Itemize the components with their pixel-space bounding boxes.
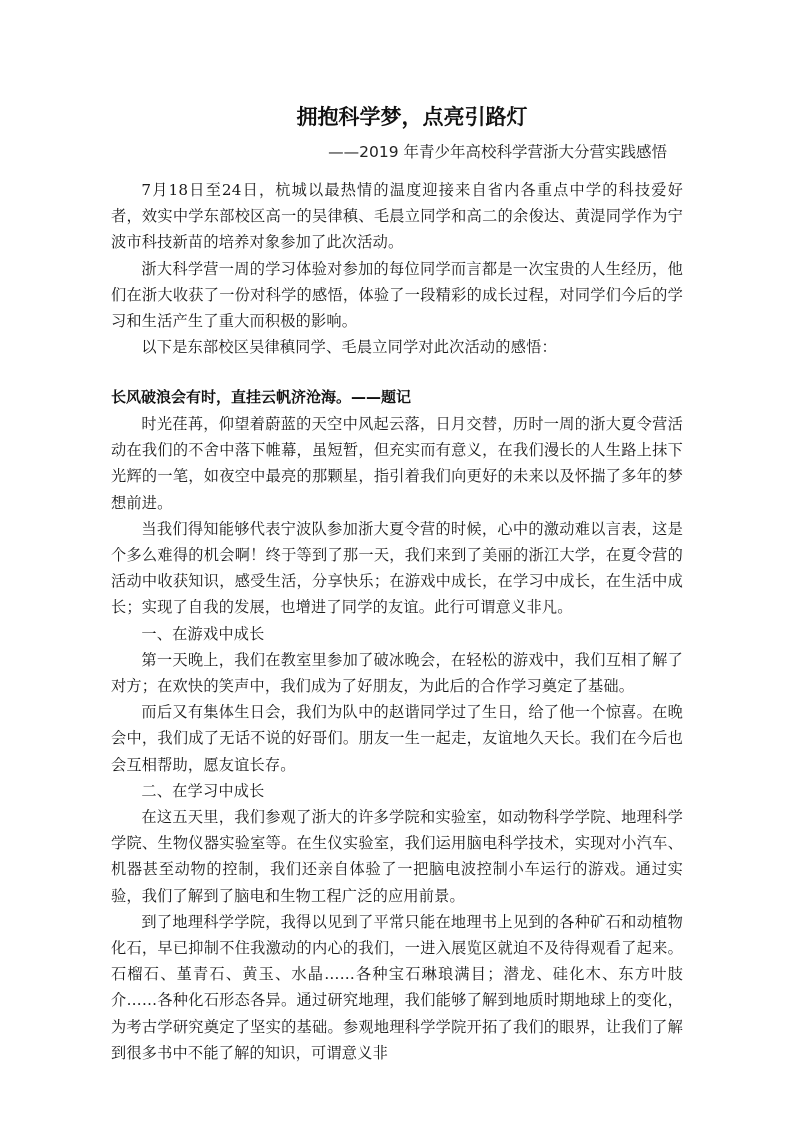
essay-paragraph: 第一天晚上，我们在教室里参加了破冰晚会，在轻松的游戏中，我们互相了解了对方；在欢… <box>111 647 683 699</box>
intro-paragraph: 以下是东部校区吴律稹同学、毛晨立同学对此次活动的感悟： <box>111 334 683 360</box>
essay-paragraph: 当我们得知能够代表宁波队参加浙大夏令营的时候，心中的激动难以言表，这是个多么难得… <box>111 516 683 621</box>
document-subtitle: ——2019 年青少年高校科学营浙大分营实践感悟 <box>111 141 667 163</box>
essay-paragraph: 时光荏苒，仰望着蔚蓝的天空中风起云落，日月交替，历时一周的浙大夏令营活动在我们的… <box>111 411 683 516</box>
section-heading: 一、在游戏中成长 <box>111 621 683 647</box>
intro-paragraph: 7月18日至24日，杭城以最热情的温度迎接来自省内各重点中学的科技爱好者，效实中… <box>111 177 683 256</box>
document-title: 拥抱科学梦，点亮引路灯 <box>111 104 683 130</box>
essay-paragraph: 而后又有集体生日会，我们为队中的赵谐同学过了生日，给了他一个惊喜。在晚会中，我们… <box>111 699 683 778</box>
essay-paragraph: 在这五天里，我们参观了浙大的许多学院和实验室，如动物科学学院、地理科学学院、生物… <box>111 804 683 909</box>
intro-paragraph: 浙大科学营一周的学习体验对参加的每位同学而言都是一次宝贵的人生经历，他们在浙大收… <box>111 256 683 335</box>
essay-section: 时光荏苒，仰望着蔚蓝的天空中风起云落，日月交替，历时一周的浙大夏令营活动在我们的… <box>111 411 683 1066</box>
essay-paragraph: 到了地理科学学院，我得以见到了平常只能在地理书上见到的各种矿石和动植物化石，早已… <box>111 909 683 1066</box>
section-heading: 二、在学习中成长 <box>111 778 683 804</box>
essay-heading: 长风破浪会有时，直挂云帆济沧海。——题记 <box>111 385 683 409</box>
intro-section: 7月18日至24日，杭城以最热情的温度迎接来自省内各重点中学的科技爱好者，效实中… <box>111 177 683 360</box>
